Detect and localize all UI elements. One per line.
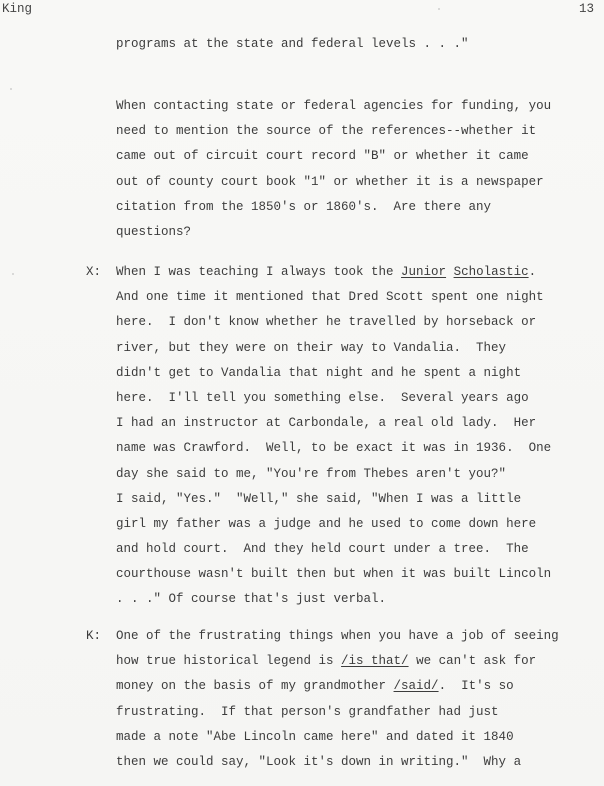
text-segment: then we could say, "Look it's down in wr… (116, 755, 521, 769)
text-line: out of county court book "1" or whether … (116, 170, 551, 195)
text-segment: came out of circuit court record "B" or … (116, 149, 529, 163)
text-segment: name was Crawford. Well, to be exact it … (116, 441, 551, 455)
text-line: One of the frustrating things when you h… (116, 624, 559, 649)
header-interviewee-name: King (2, 1, 32, 17)
underlined-text: /said/ (394, 679, 439, 693)
text-line: When I was teaching I always took the Ju… (116, 260, 551, 285)
text-segment: I had an instructor at Carbondale, a rea… (116, 416, 536, 430)
text-line: When contacting state or federal agencie… (116, 94, 551, 119)
text-segment: citation from the 1850's or 1860's. Are … (116, 200, 491, 214)
speaker-label: K: (86, 624, 101, 649)
text-line: river, but they were on their way to Van… (116, 336, 551, 361)
text-line: money on the basis of my grandmother /sa… (116, 674, 559, 699)
text-segment: day she said to me, "You're from Thebes … (116, 467, 506, 481)
text-line: here. I'll tell you something else. Seve… (116, 386, 551, 411)
text-segment: money on the basis of my grandmother (116, 679, 394, 693)
text-segment: I said, "Yes." "Well," she said, "When I… (116, 492, 521, 506)
text-line: how true historical legend is /is that/ … (116, 649, 559, 674)
text-line: girl my father was a judge and he used t… (116, 512, 551, 537)
text-segment: here. I don't know whether he travelled … (116, 315, 536, 329)
text-line: then we could say, "Look it's down in wr… (116, 750, 559, 775)
text-line: need to mention the source of the refere… (116, 119, 551, 144)
text-line: programs at the state and federal levels… (116, 32, 469, 57)
paper-speck (10, 88, 12, 90)
text-segment: questions? (116, 225, 191, 239)
text-segment: made a note "Abe Lincoln came here" and … (116, 730, 514, 744)
text-line: here. I don't know whether he travelled … (116, 310, 551, 335)
underlined-text: Scholastic (454, 265, 529, 279)
text-segment: . It's so (439, 679, 514, 693)
text-line: and hold court. And they held court unde… (116, 537, 551, 562)
text-segment: . (529, 265, 537, 279)
text-line: frustrating. If that person's grandfathe… (116, 700, 559, 725)
underlined-text: Junior (401, 265, 446, 279)
text-segment: need to mention the source of the refere… (116, 124, 536, 138)
text-line: didn't get to Vandalia that night and he… (116, 361, 551, 386)
text-segment: courthouse wasn't built then but when it… (116, 567, 551, 581)
text-segment: we can't ask for (409, 654, 537, 668)
text-segment: out of county court book "1" or whether … (116, 175, 544, 189)
text-segment: girl my father was a judge and he used t… (116, 517, 536, 531)
paper-speck (12, 273, 14, 275)
text-line: I said, "Yes." "Well," she said, "When I… (116, 487, 551, 512)
text-line: citation from the 1850's or 1860's. Are … (116, 195, 551, 220)
text-segment (446, 265, 454, 279)
text-segment: . . ." Of course that's just verbal. (116, 592, 386, 606)
text-line: courthouse wasn't built then but when it… (116, 562, 551, 587)
text-segment: river, but they were on their way to Van… (116, 341, 506, 355)
narrative-paragraph: When contacting state or federal agencie… (116, 94, 551, 245)
text-segment: how true historical legend is (116, 654, 341, 668)
underlined-text: /is that/ (341, 654, 409, 668)
speaker-paragraph: When I was teaching I always took the Ju… (116, 260, 551, 613)
text-segment: And one time it mentioned that Dred Scot… (116, 290, 544, 304)
text-line: I had an instructor at Carbondale, a rea… (116, 411, 551, 436)
text-line: And one time it mentioned that Dred Scot… (116, 285, 551, 310)
text-line: name was Crawford. Well, to be exact it … (116, 436, 551, 461)
text-line: came out of circuit court record "B" or … (116, 144, 551, 169)
narrative-paragraph: programs at the state and federal levels… (116, 32, 469, 57)
speaker-label: X: (86, 260, 101, 285)
text-line: questions? (116, 220, 551, 245)
document-page: King 13 programs at the state and federa… (0, 0, 604, 786)
text-segment: When I was teaching I always took the (116, 265, 401, 279)
text-line: made a note "Abe Lincoln came here" and … (116, 725, 559, 750)
text-segment: When contacting state or federal agencie… (116, 99, 551, 113)
text-segment: One of the frustrating things when you h… (116, 629, 559, 643)
text-segment: didn't get to Vandalia that night and he… (116, 366, 521, 380)
text-segment: programs at the state and federal levels… (116, 37, 469, 51)
text-line: . . ." Of course that's just verbal. (116, 587, 551, 612)
speaker-paragraph: One of the frustrating things when you h… (116, 624, 559, 775)
text-line: day she said to me, "You're from Thebes … (116, 462, 551, 487)
text-segment: here. I'll tell you something else. Seve… (116, 391, 529, 405)
text-segment: and hold court. And they held court unde… (116, 542, 529, 556)
text-segment: frustrating. If that person's grandfathe… (116, 705, 499, 719)
paper-speck (438, 8, 440, 10)
header-page-number: 13 (579, 1, 594, 17)
